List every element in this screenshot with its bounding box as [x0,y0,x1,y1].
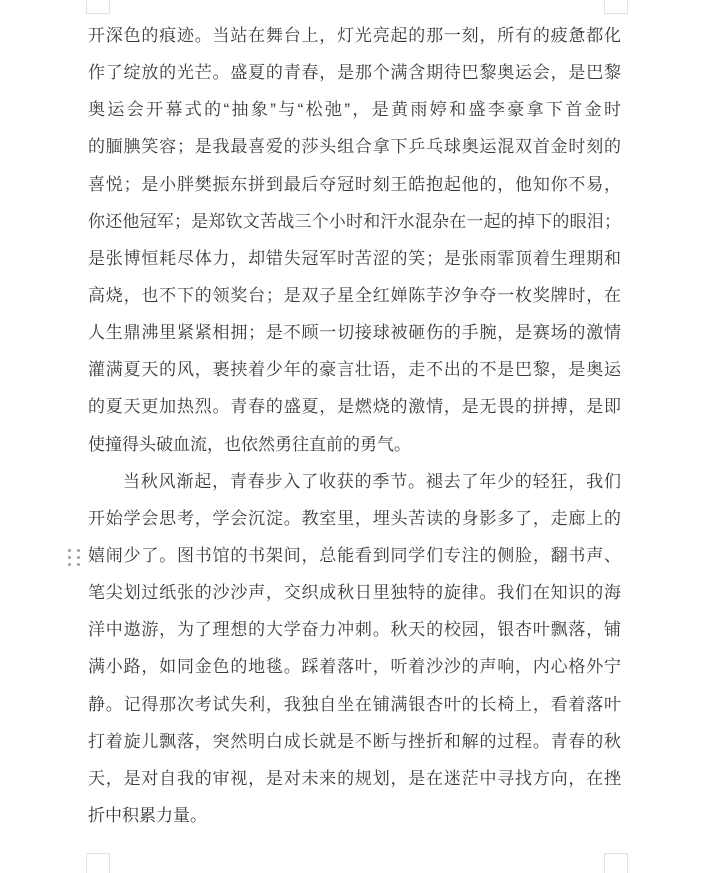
document-page: { "page": { "background_color": "#ffffff… [0,0,704,873]
drag-handle-dot [77,556,80,559]
text-line[interactable]: 折中积累力量。 [88,797,621,834]
text-line[interactable]: 使撞得头破血流，也依然勇往直前的勇气。 [88,426,621,463]
page-canvas: 开深色的痕迹。当站在舞台上，灯光亮起的那一刻，所有的疲惫都化作了绽放的光芒。盛夏… [0,0,704,873]
text-line[interactable]: 的腼腆笑容；是我最喜爱的莎头组合拿下乒乓球奥运混双首金时刻的 [88,128,621,165]
text-boundary-corner-mark-bottom-right [604,853,628,873]
text-line[interactable]: 笔尖划过纸张的沙沙声，交织成秋日里独特的旋律。我们在知识的海 [88,574,621,611]
text-line[interactable]: 灌满夏天的风，裹挟着少年的豪言壮语，走不出的不是巴黎，是奥运 [88,351,621,388]
text-line[interactable]: 洋中遨游，为了理想的大学奋力冲刺。秋天的校园，银杏叶飘落，铺 [88,611,621,648]
text-line[interactable]: 开始学会思考，学会沉淀。教室里，埋头苦读的身影多了，走廊上的 [88,500,621,537]
text-line[interactable]: 人生鼎沸里紧紧相拥；是不顾一切接球被砸伤的手腕，是赛场的激情 [88,314,621,351]
text-line[interactable]: 高烧，也不下的领奖台；是双子星全红婵陈芋汐争夺一枚奖牌时，在 [88,277,621,314]
text-line[interactable]: 天，是对自我的审视，是对未来的规划，是在迷茫中寻找方向，在挫 [88,760,621,797]
drag-handle-dot [77,549,80,552]
drag-handle-dot [68,563,71,566]
text-line[interactable]: 静。记得那次考试失利，我独自坐在铺满银杏叶的长椅上，看着落叶 [88,686,621,723]
text-boundary-corner-mark-bottom-left [86,853,110,873]
text-line[interactable]: 作了绽放的光芒。盛夏的青春，是那个满含期待巴黎奥运会，是巴黎 [88,54,621,91]
text-line[interactable]: 喜悦；是小胖樊振东拼到最后夺冠时刻王皓抱起他的，他知你不易， [88,166,621,203]
text-line[interactable]: 你还他冠军；是郑钦文苦战三个小时和汗水混杂在一起的掉下的眼泪； [88,203,621,240]
text-line[interactable]: 嬉闹少了。图书馆的书架间，总能看到同学们专注的侧脸，翻书声、 [88,537,621,574]
text-line[interactable]: 是张博恒耗尽体力，却错失冠军时苦涩的笑；是张雨霏顶着生理期和 [88,240,621,277]
text-line[interactable]: 开深色的痕迹。当站在舞台上，灯光亮起的那一刻，所有的疲惫都化 [88,17,621,54]
text-line[interactable]: 打着旋儿飘落，突然明白成长就是不断与挫折和解的过程。青春的秋 [88,723,621,760]
document-text-area[interactable]: 开深色的痕迹。当站在舞台上，灯光亮起的那一刻，所有的疲惫都化作了绽放的光芒。盛夏… [88,17,621,834]
text-boundary-corner-mark-top-right [604,0,628,14]
text-line[interactable]: 的夏天更加热烈。青春的盛夏，是燃烧的激情，是无畏的拼搏，是即 [88,388,621,425]
paragraph-drag-handle-icon[interactable] [68,549,80,566]
text-line[interactable]: 满小路，如同金色的地毯。踩着落叶，听着沙沙的声响，内心格外宁 [88,648,621,685]
drag-handle-dot [68,556,71,559]
text-line[interactable]: 当秋风渐起，青春步入了收获的季节。褪去了年少的轻狂，我们 [88,463,621,500]
drag-handle-dot [77,563,80,566]
drag-handle-dot [68,549,71,552]
text-line[interactable]: 奥运会开幕式的“抽象”与“松弛”，是黄雨婷和盛李豪拿下首金时 [88,91,621,128]
text-boundary-corner-mark-top-left [86,0,110,14]
